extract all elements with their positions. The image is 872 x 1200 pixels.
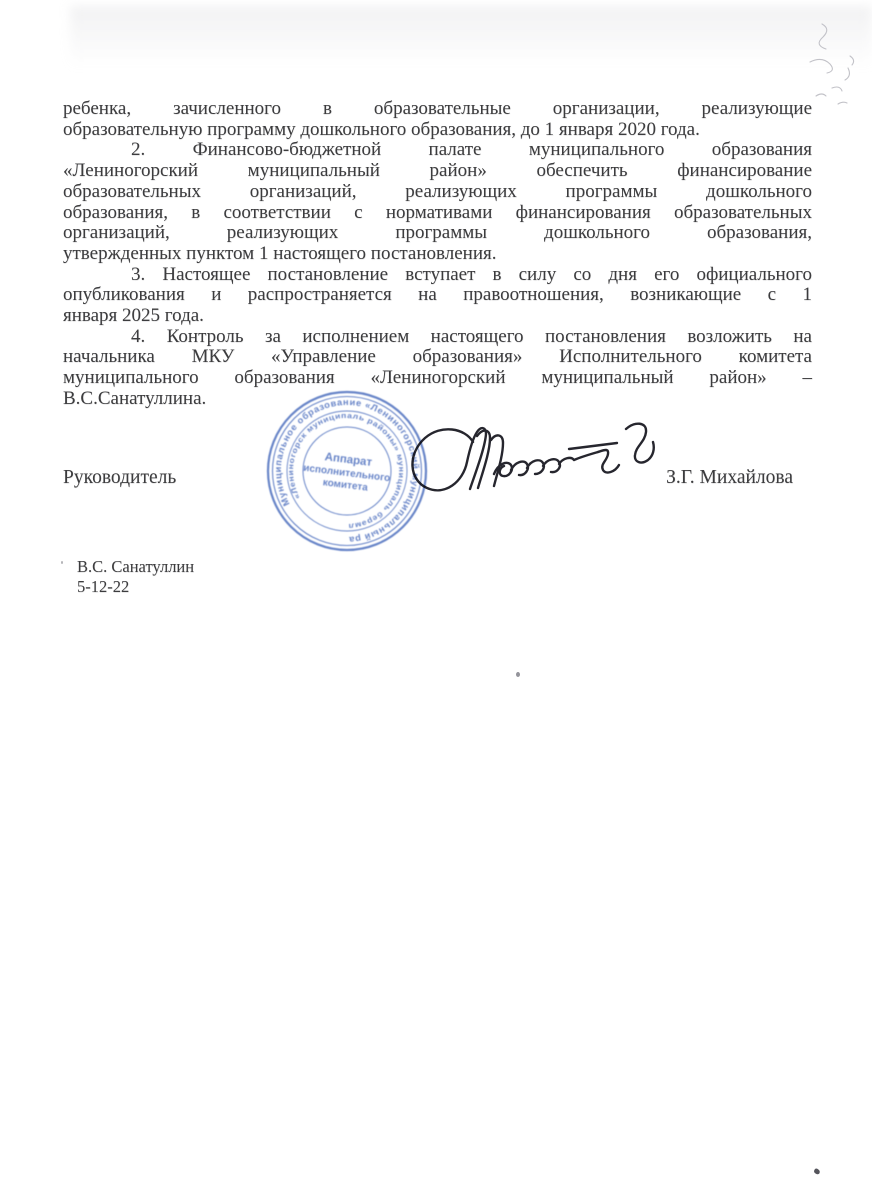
executor-phone: 5-12-22 — [77, 577, 194, 597]
signer-name: З.Г. Михайлова — [666, 467, 793, 489]
dust-speck — [813, 1168, 821, 1175]
executor-block: В.С. Санатуллин 5-12-22 — [77, 557, 194, 596]
pencil-scribble-artifact — [780, 10, 872, 110]
text-line: образовательную программу дошкольного об… — [63, 120, 812, 141]
text-line: муниципального образования «Лениногорски… — [63, 368, 812, 389]
signature-row: Руководитель З.Г. Михайлова — [63, 467, 793, 493]
text-line: организаций, реализующих программы дошко… — [63, 223, 812, 244]
text-line: образовательных организаций, реализующих… — [63, 182, 812, 203]
dust-speck — [516, 672, 520, 677]
signer-title: Руководитель — [63, 467, 176, 489]
scan-shading-artifact — [70, 6, 872, 68]
scribble-strokes — [810, 24, 854, 104]
text-line: 2. Финансово-бюджетной палате муниципаль… — [63, 140, 812, 161]
text-line: ребенка, зачисленного в образовательные … — [63, 99, 812, 120]
executor-name: В.С. Санатуллин — [77, 557, 194, 577]
document-body: ребенка, зачисленного в образовательные … — [63, 99, 812, 410]
dust-speck — [61, 561, 63, 564]
text-line: января 2025 года. — [63, 306, 812, 327]
scribble-svg — [780, 10, 872, 110]
text-line: начальника МКУ «Управление образования» … — [63, 347, 812, 368]
text-line: образования, в соответствии с нормативам… — [63, 203, 812, 224]
text-line: 3. Настоящее постановление вступает в си… — [63, 265, 812, 286]
text-line: 4. Контроль за исполнением настоящего по… — [63, 327, 812, 348]
text-line: В.С.Санатуллина. — [63, 389, 812, 410]
text-line: «Лениногорский муниципальный район» обес… — [63, 161, 812, 182]
scanned-page: ребенка, зачисленного в образовательные … — [0, 0, 872, 1200]
text-line: утвержденных пунктом 1 настоящего постан… — [63, 244, 812, 265]
text-line: опубликования и распространяется на прав… — [63, 285, 812, 306]
